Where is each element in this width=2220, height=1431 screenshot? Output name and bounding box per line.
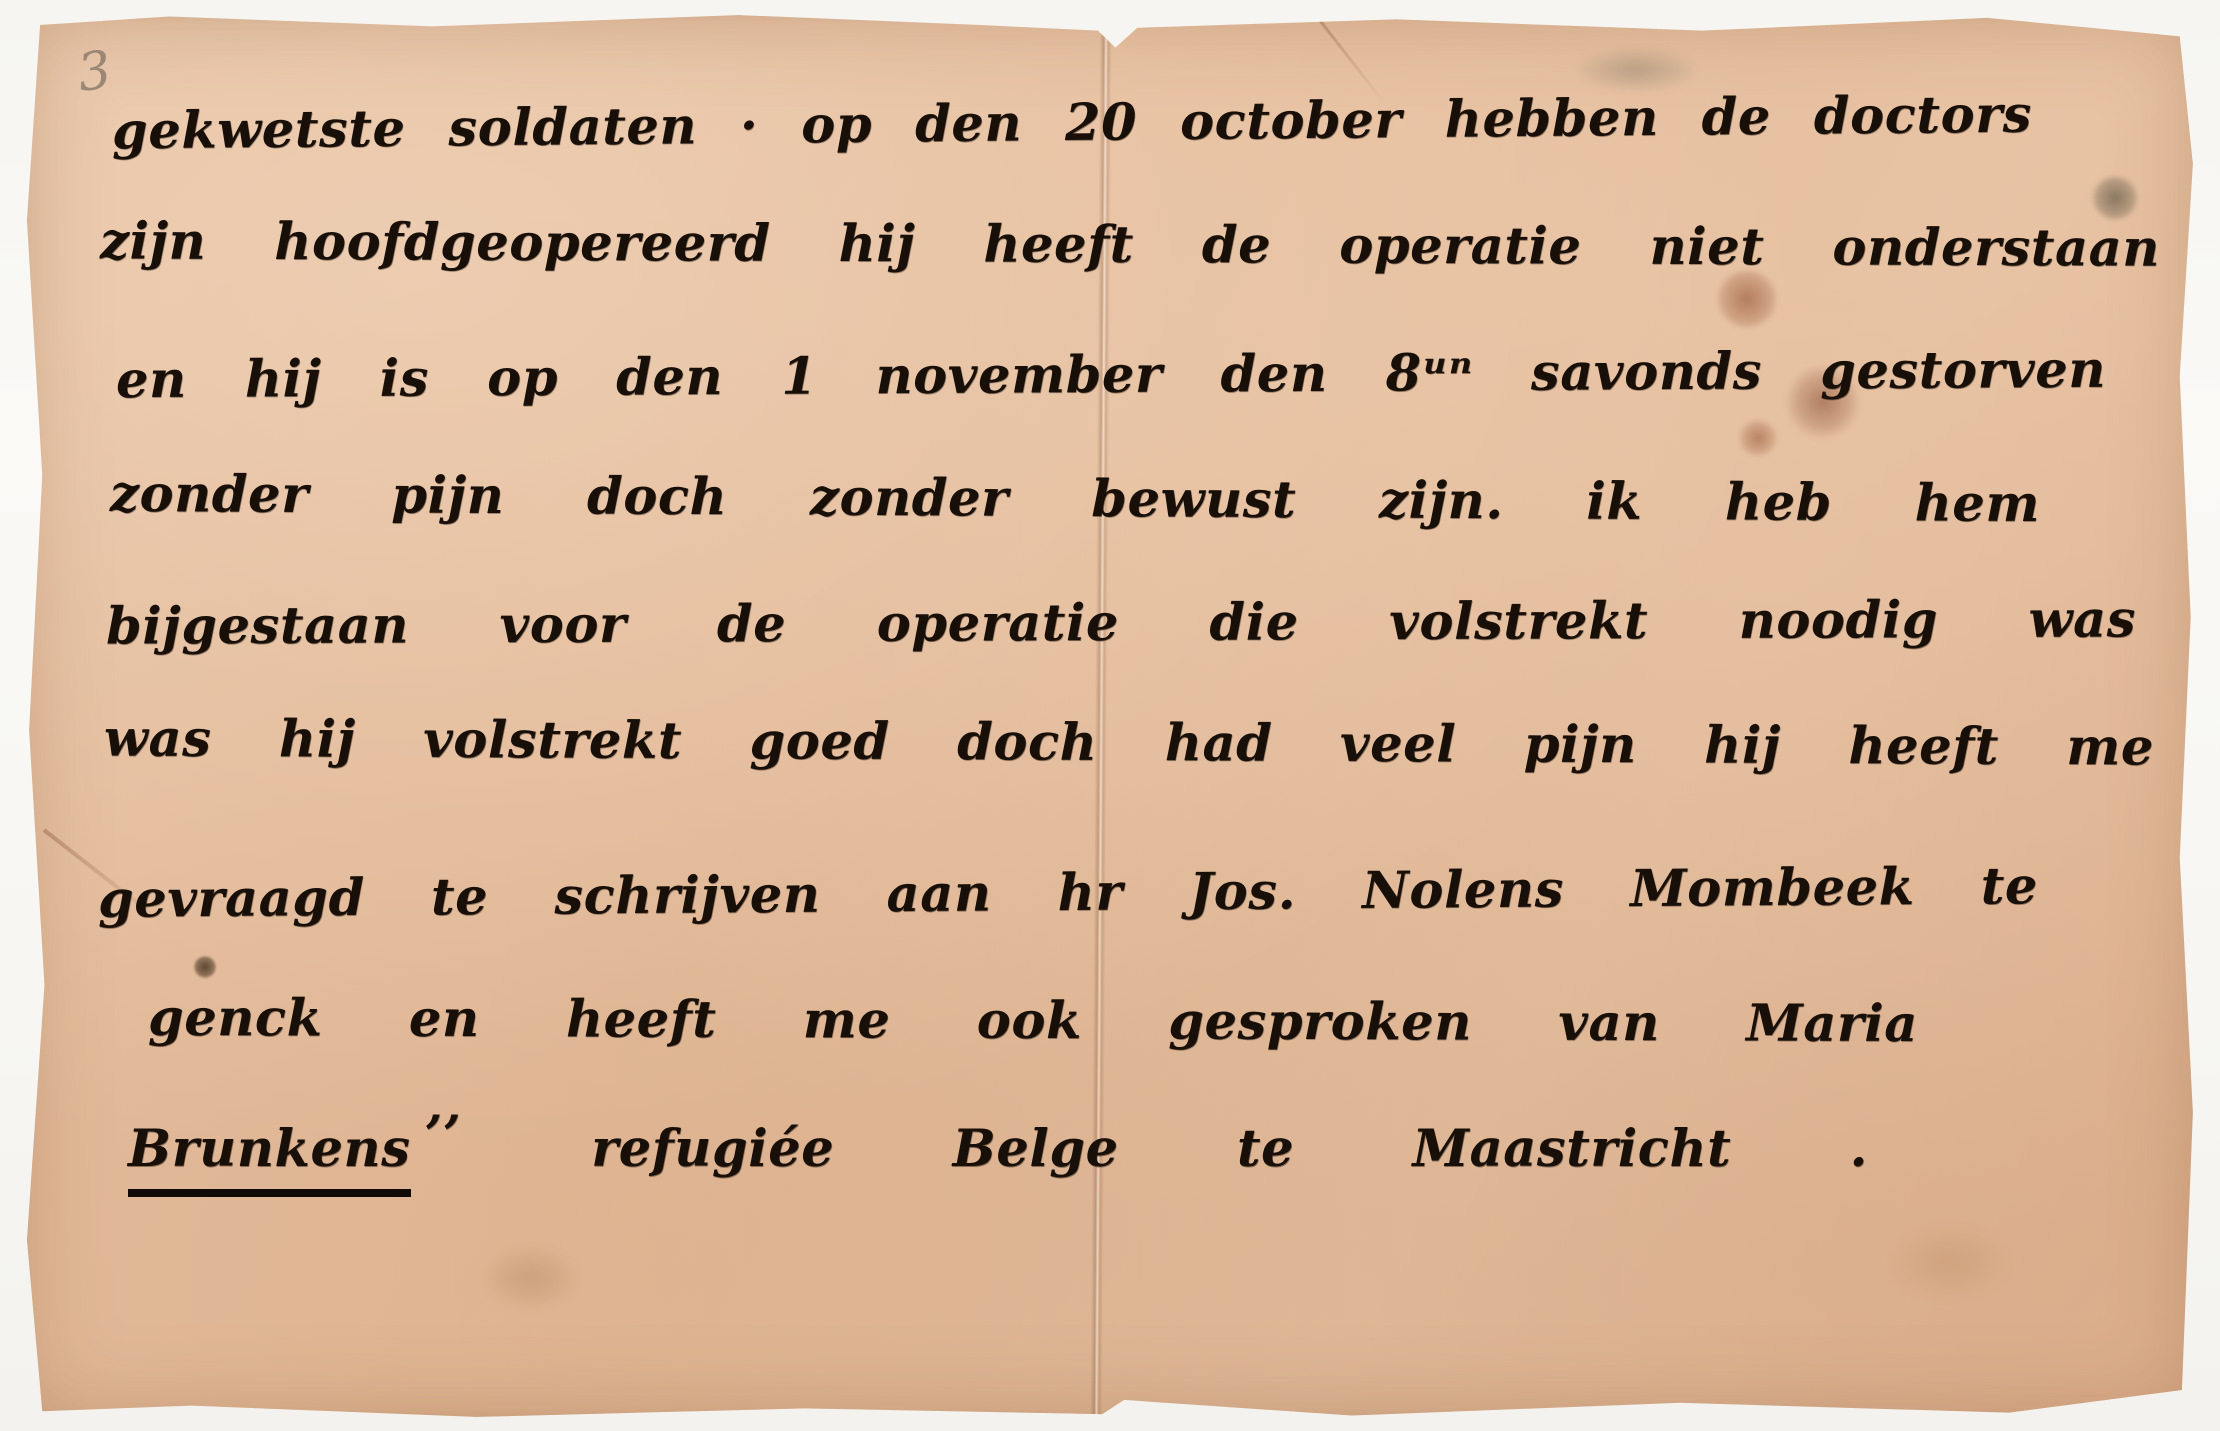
text-line: was hij volstrekt goed doch had veel pij… [104,710,2154,778]
text-line: bijgestaan voor de operatie die volstrek… [106,590,2136,656]
text-line: gevraagd te schrijven aan hr Jos. Nolens… [98,857,2038,929]
text-line: genck en heeft me ook gesproken van Mari… [148,989,1918,1054]
handwriting: gekwetste soldaten · op den 20 october h… [16,8,2206,1424]
underlined-surname: Brunkens [128,1120,411,1197]
text-line: zonder pijn doch zonder bewust zijn. ik … [110,465,2040,534]
text-line: en hij is op den 1 november den 8ᵘⁿ savo… [116,341,2106,410]
closing-text: refugiée Belge te Maastricht . [591,1120,1868,1179]
text-line: gekwetste soldaten · op den 20 october h… [112,86,2032,161]
text-line-last: Brunkens ’’ refugiée Belge te Maastricht… [128,1120,1868,1197]
letter-paper: 3 gekwetste soldaten · op den 20 october… [16,8,2206,1424]
quote-mark: ’’ [425,1106,462,1165]
text-line: zijn hoofdgeopereerd hij heeft de operat… [100,212,2160,278]
scanned-letter: 3 gekwetste soldaten · op den 20 october… [0,0,2220,1431]
